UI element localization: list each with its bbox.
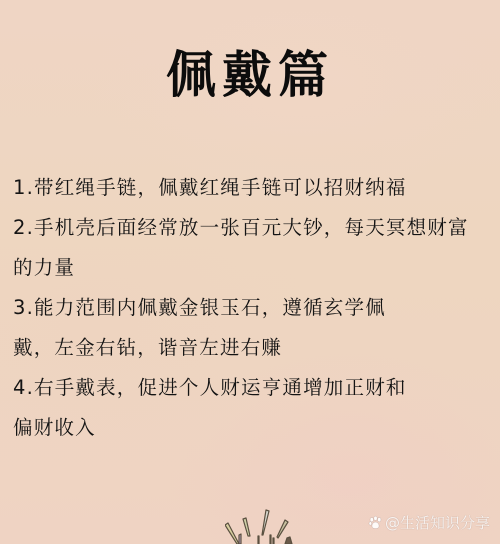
list-item-line: 的力量 — [13, 248, 493, 288]
list-item-line: 4.右手戴表，促进个人财运亨通增加正财和 — [13, 368, 493, 408]
list-item: 3.能力范围内佩戴金银玉石，遵循玄学佩 戴，左金右钻，谐音左进右赚 — [13, 288, 493, 368]
watermark: @生活知识分享 — [368, 512, 490, 533]
watermark-text: @生活知识分享 — [385, 512, 490, 533]
page-title: 佩戴篇 — [0, 44, 500, 106]
sparkle-burst-icon — [225, 505, 335, 544]
tips-list: 1.带红绳手链，佩戴红绳手链可以招财纳福 2.手机壳后面经常放一张百元大钞，每天… — [13, 168, 493, 448]
list-item: 2.手机壳后面经常放一张百元大钞，每天冥想财富 的力量 — [13, 208, 493, 288]
list-item-line: 偏财收入 — [13, 408, 493, 448]
paw-icon — [368, 515, 383, 530]
list-item: 1.带红绳手链，佩戴红绳手链可以招财纳福 — [13, 168, 493, 208]
list-item-line: 3.能力范围内佩戴金银玉石，遵循玄学佩 — [13, 288, 493, 328]
list-item: 4.右手戴表，促进个人财运亨通增加正财和 偏财收入 — [13, 368, 493, 448]
page: 佩戴篇 1.带红绳手链，佩戴红绳手链可以招财纳福 2.手机壳后面经常放一张百元大… — [0, 0, 500, 544]
list-item-line: 2.手机壳后面经常放一张百元大钞，每天冥想财富 — [13, 208, 493, 248]
list-item-line: 1.带红绳手链，佩戴红绳手链可以招财纳福 — [13, 168, 493, 208]
list-item-line: 戴，左金右钻，谐音左进右赚 — [13, 328, 493, 368]
